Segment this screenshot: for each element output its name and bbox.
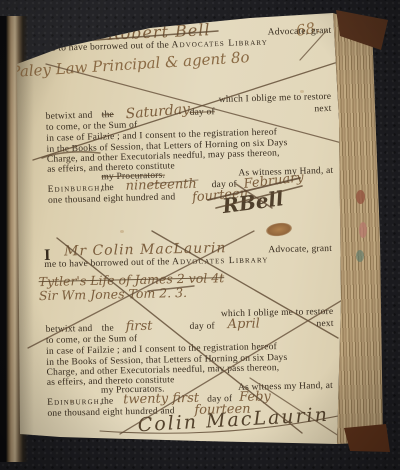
- printed-edinburgh: Edinburgh,: [48, 183, 104, 195]
- printed-betwixt: betwixt and: [46, 111, 93, 122]
- marbled-edge-spot: [356, 250, 364, 262]
- borrow-entry-robert-bell: I Mr Robert Bell Advocate, grant me to h…: [35, 22, 336, 230]
- printed-the: the: [102, 183, 114, 193]
- struck-the: the: [102, 110, 114, 120]
- printed-restore-line: which I oblige me to restore: [219, 92, 332, 105]
- printed-sum-line: to come, or the Sum of: [46, 334, 138, 346]
- library-name: Advocates Library: [171, 38, 268, 51]
- printed-the: the: [102, 324, 114, 334]
- register-photo: 68. I Mr Robert Bell Advocate, grant me …: [0, 0, 400, 470]
- borrowed-text: me to have borrowed out of the: [44, 257, 169, 270]
- printed-day-of: day of: [190, 321, 215, 332]
- printed-next: next: [316, 319, 333, 329]
- borrow-entry-colin-maclaurin: I Mr Colin MacLaurin Advocate, grant me …: [36, 241, 336, 447]
- printed-the: the: [101, 397, 113, 407]
- foxing-spot: [120, 230, 124, 233]
- struck-day-of: day of: [189, 107, 214, 118]
- ink-stain: [265, 221, 293, 237]
- handwritten-book-title: Sir Wm Jones Tom 2. 3.: [39, 285, 187, 303]
- handwritten-date-day: twenty first: [123, 391, 199, 408]
- handwritten-restore-day: Saturday: [125, 101, 191, 122]
- handwritten-date-day: nineteenth: [125, 177, 197, 194]
- printed-next: next: [314, 104, 331, 114]
- printed-thousand-line: one thousand eight hundred and: [48, 192, 176, 206]
- marbled-edge-spot: [359, 222, 367, 238]
- library-name: Advocates Library: [172, 255, 269, 267]
- printed-betwixt: betwixt and: [46, 324, 93, 335]
- printed-advocate-grant: Advocate, grant: [268, 26, 332, 38]
- printed-edinburgh: Edinburgh,: [47, 397, 103, 408]
- printed-advocate-grant: Advocate, grant: [268, 244, 332, 255]
- handwritten-restore-month: April: [227, 316, 260, 332]
- marbled-edge-spot: [356, 190, 365, 204]
- handwritten-restore-day: first: [125, 319, 152, 335]
